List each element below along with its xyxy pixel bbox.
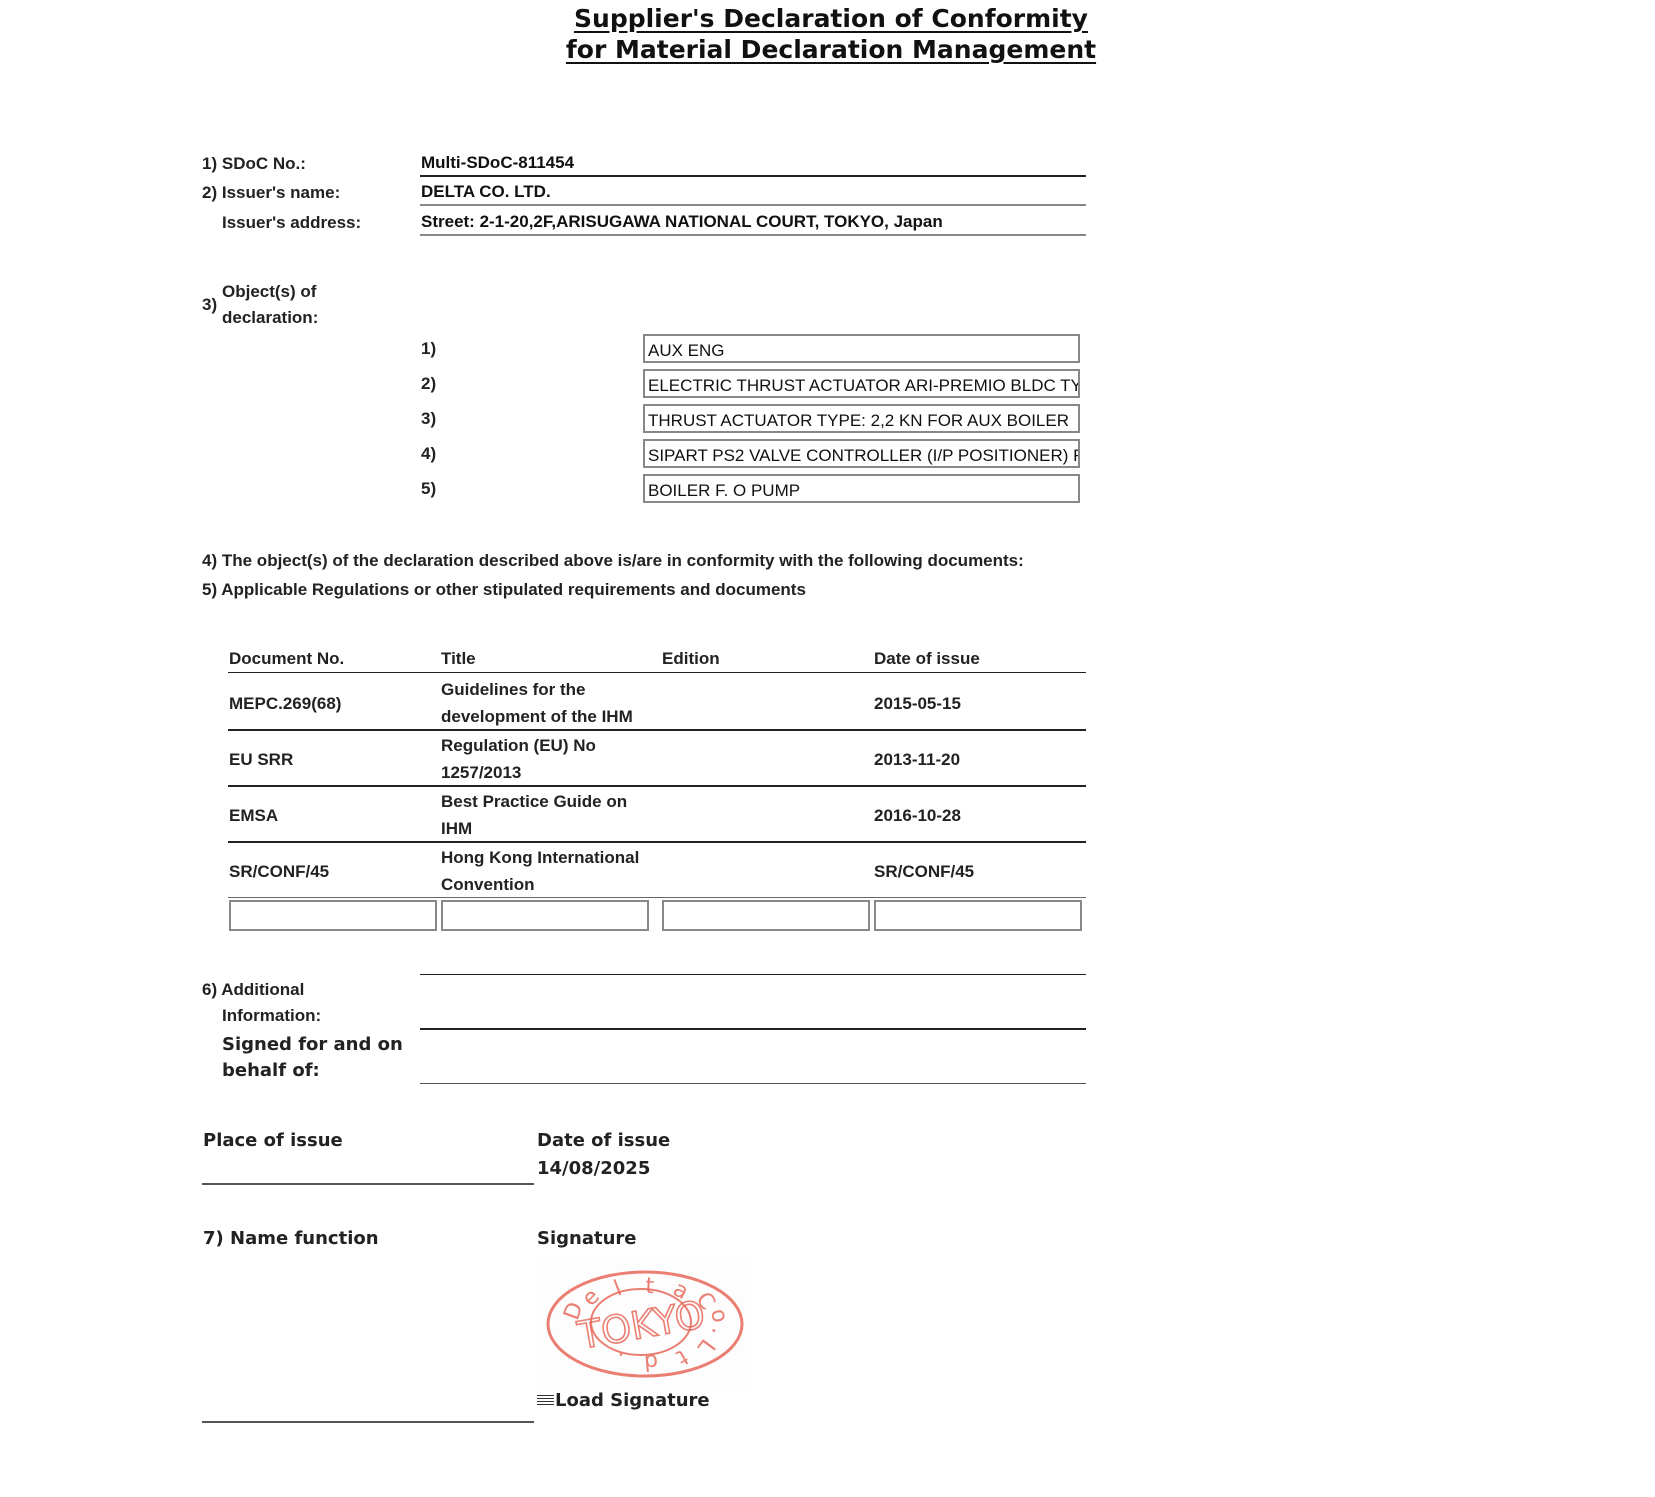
cell-document-no: EMSA <box>229 802 278 829</box>
name-function-underline <box>202 1421 534 1423</box>
cell-title-line2: Convention <box>441 871 535 898</box>
table-row-rule <box>228 897 1086 898</box>
conformity-statement: 4) The object(s) of the declaration desc… <box>202 548 1024 574</box>
issuer-name-field[interactable]: DELTA CO. LTD. <box>421 182 551 202</box>
cell-document-no: MEPC.269(68) <box>229 690 341 717</box>
objects-label-line1: Object(s) of <box>222 279 316 305</box>
cell-title-line1: Guidelines for the <box>441 676 586 703</box>
cell-title-line1: Hong Kong International <box>441 844 639 871</box>
table-row-rule <box>228 785 1086 787</box>
cell-date-of-issue: 2013-11-20 <box>874 746 960 773</box>
signed-on-behalf-label-line2: behalf of: <box>222 1058 320 1084</box>
new-date-input[interactable] <box>874 900 1082 931</box>
company-seal-icon: TOKYO DeltaCo.Ltd. <box>537 1262 752 1386</box>
document-title-line1: Supplier's Declaration of Conformity <box>0 3 1655 34</box>
item-number: 1) <box>202 154 217 173</box>
object-item-field[interactable]: BOILER F. O PUMP <box>643 474 1080 503</box>
label-text: SDoC No.: <box>222 154 306 173</box>
place-of-issue-underline <box>202 1183 534 1185</box>
col-header-title: Title <box>441 649 476 669</box>
objects-label-line2: declaration: <box>222 305 318 331</box>
load-signature-button[interactable]: Load Signature <box>537 1390 710 1411</box>
name-function-field[interactable] <box>203 1260 533 1410</box>
table-row-rule <box>228 841 1086 843</box>
object-item-field[interactable]: SIPART PS2 VALVE CONTROLLER (I/P POSITIO… <box>643 439 1080 468</box>
statement-text: The object(s) of the declaration describ… <box>222 551 1024 570</box>
table-row-rule <box>228 729 1086 731</box>
objects-number: 3) <box>202 292 217 318</box>
additional-info-top-rule <box>420 974 1086 975</box>
document-title-line2: for Material Declaration Management <box>0 34 1655 65</box>
new-edition-input[interactable] <box>662 900 870 931</box>
object-item-number: 4) <box>421 441 436 467</box>
list-icon <box>537 1395 554 1407</box>
svg-text:t: t <box>672 1344 692 1370</box>
col-header-date-of-issue: Date of issue <box>874 649 980 669</box>
cell-title-line2: development of the IHM <box>441 703 633 730</box>
issuer-address-label: Issuer's address: <box>222 210 361 236</box>
signed-on-behalf-field[interactable] <box>421 1050 1085 1074</box>
date-of-issue-label: Date of issue <box>537 1128 670 1154</box>
signed-on-behalf-underline <box>420 1083 1086 1084</box>
signed-on-behalf-label-line1: Signed for and on <box>222 1032 403 1058</box>
svg-text:o: o <box>705 1306 732 1325</box>
svg-text:l: l <box>611 1276 626 1302</box>
statement-text: Applicable Regulations or other stipulat… <box>221 580 806 599</box>
cell-title-line1: Best Practice Guide on <box>441 788 627 815</box>
new-title-input[interactable] <box>441 900 649 931</box>
svg-text:.: . <box>706 1326 732 1338</box>
cell-document-no: SR/CONF/45 <box>229 858 329 885</box>
sdoc-number-underline <box>420 175 1086 177</box>
object-item-number: 3) <box>421 406 436 432</box>
date-of-issue-value[interactable]: 14/08/2025 <box>537 1158 650 1179</box>
name-function-label: 7) Name function <box>203 1226 379 1252</box>
table-header-rule <box>228 672 1086 673</box>
cell-document-no: EU SRR <box>229 746 293 773</box>
load-signature-label: Load Signature <box>555 1390 710 1411</box>
additional-info-label-line2: Information: <box>222 1003 321 1029</box>
cell-date-of-issue: SR/CONF/45 <box>874 858 974 885</box>
item-number: 5) <box>202 580 217 599</box>
additional-info-label: 6) Additional <box>202 977 304 1003</box>
object-item-number: 5) <box>421 476 436 502</box>
signature-stamp-image: TOKYO DeltaCo.Ltd. <box>537 1262 752 1386</box>
item-number: 4) <box>202 551 217 570</box>
additional-info-underline <box>420 1028 1086 1030</box>
sdoc-number-field[interactable]: Multi-SDoC-811454 <box>421 153 574 173</box>
new-document-no-input[interactable] <box>229 900 437 931</box>
place-of-issue-field[interactable] <box>203 1156 533 1180</box>
label-text: Issuer's name: <box>222 183 340 202</box>
object-item-number: 1) <box>421 336 436 362</box>
cell-date-of-issue: 2016-10-28 <box>874 802 961 829</box>
label-text: Additional <box>221 980 304 999</box>
place-of-issue-label: Place of issue <box>203 1128 343 1154</box>
col-header-edition: Edition <box>662 649 720 669</box>
additional-info-field[interactable] <box>421 990 1085 1014</box>
svg-text:t: t <box>645 1274 656 1300</box>
issuer-address-field[interactable]: Street: 2-1-20,2F,ARISUGAWA NATIONAL COU… <box>421 212 943 232</box>
sdoc-number-label: 1) SDoC No.: <box>202 151 306 177</box>
item-number: 6) <box>202 980 217 999</box>
cell-title-line2: 1257/2013 <box>441 759 521 786</box>
cell-title-line2: IHM <box>441 815 472 842</box>
issuer-address-underline <box>420 234 1086 236</box>
issuer-name-label: 2) Issuer's name: <box>202 180 340 206</box>
object-item-field[interactable]: ELECTRIC THRUST ACTUATOR ARI-PREMIO BLDC… <box>643 369 1080 398</box>
object-item-field[interactable]: THRUST ACTUATOR TYPE: 2,2 KN FOR AUX BOI… <box>643 404 1080 433</box>
item-number: 2) <box>202 183 217 202</box>
object-item-number: 2) <box>421 371 436 397</box>
issuer-name-underline <box>420 204 1086 206</box>
col-header-document-no: Document No. <box>229 649 344 669</box>
cell-title-line1: Regulation (EU) No <box>441 732 596 759</box>
object-item-field[interactable]: AUX ENG <box>643 334 1080 363</box>
regulations-statement: 5) Applicable Regulations or other stipu… <box>202 577 806 603</box>
cell-date-of-issue: 2015-05-15 <box>874 690 961 717</box>
signature-label: Signature <box>537 1226 636 1252</box>
svg-text:d: d <box>643 1348 659 1374</box>
